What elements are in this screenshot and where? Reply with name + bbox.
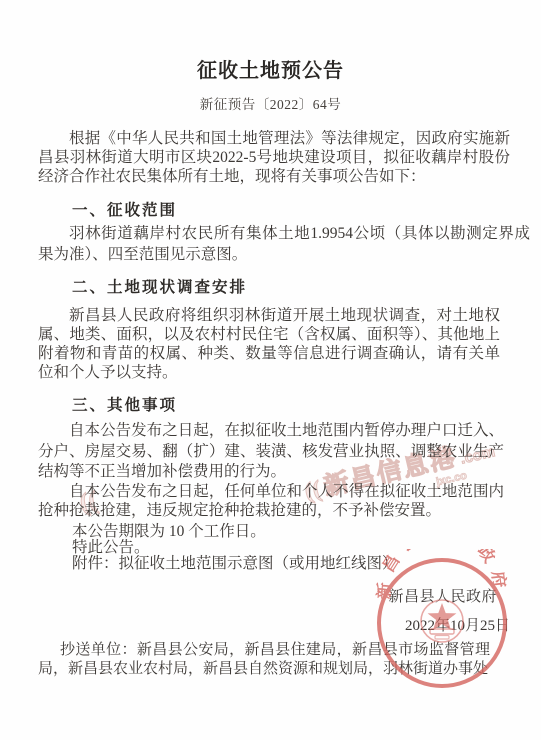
section-3-paragraph-2: 自本公告发布之日起，任何单位和个人不得在拟征收土地范围内抢种抢栽抢建，违反规定抢… bbox=[38, 482, 504, 520]
closing-line-attachment: 附件：拟征收土地范围示意图（或用地红线图） bbox=[72, 551, 398, 573]
section-2-paragraph: 新昌县人民政府将组织羽林街道开展土地现状调查，对土地权属、地类、面积，以及农村村… bbox=[38, 306, 500, 382]
intro-paragraph: 根据《中华人民共和国土地管理法》等法律规定，因政府实施新昌县羽林街道大明市区块2… bbox=[38, 129, 510, 186]
signature-date: 2022年10月25日 bbox=[405, 614, 510, 635]
section-1-paragraph: 羽林街道藕岸村农民所有集体土地1.9954公顷（具体以勘测定界成果为准）、四至范… bbox=[38, 223, 530, 265]
section-3-paragraph-1: 自本公告发布之日起，在拟征收土地范围内暂停办理户口迁入、分户、房屋交易、翻（扩）… bbox=[38, 421, 504, 483]
document-page: (( 新昌信息港 .com jxc.co (( 征收土地预公告 新征预告〔202… bbox=[0, 0, 541, 740]
section-2-heading: 二、土地现状调查安排 bbox=[72, 275, 247, 297]
signature-issuer: 新昌县人民政府 bbox=[388, 585, 497, 606]
page-title: 征收土地预公告 bbox=[0, 54, 541, 83]
section-3-heading: 三、其他事项 bbox=[72, 393, 177, 415]
doc-number: 新征预告〔2022〕64号 bbox=[0, 93, 541, 113]
section-1-heading: 一、征收范围 bbox=[72, 198, 177, 220]
cc-line: 抄送单位：新昌县公安局，新昌县住建局，新昌县市场监督管理局，新昌县农业农村局，新… bbox=[38, 641, 490, 678]
